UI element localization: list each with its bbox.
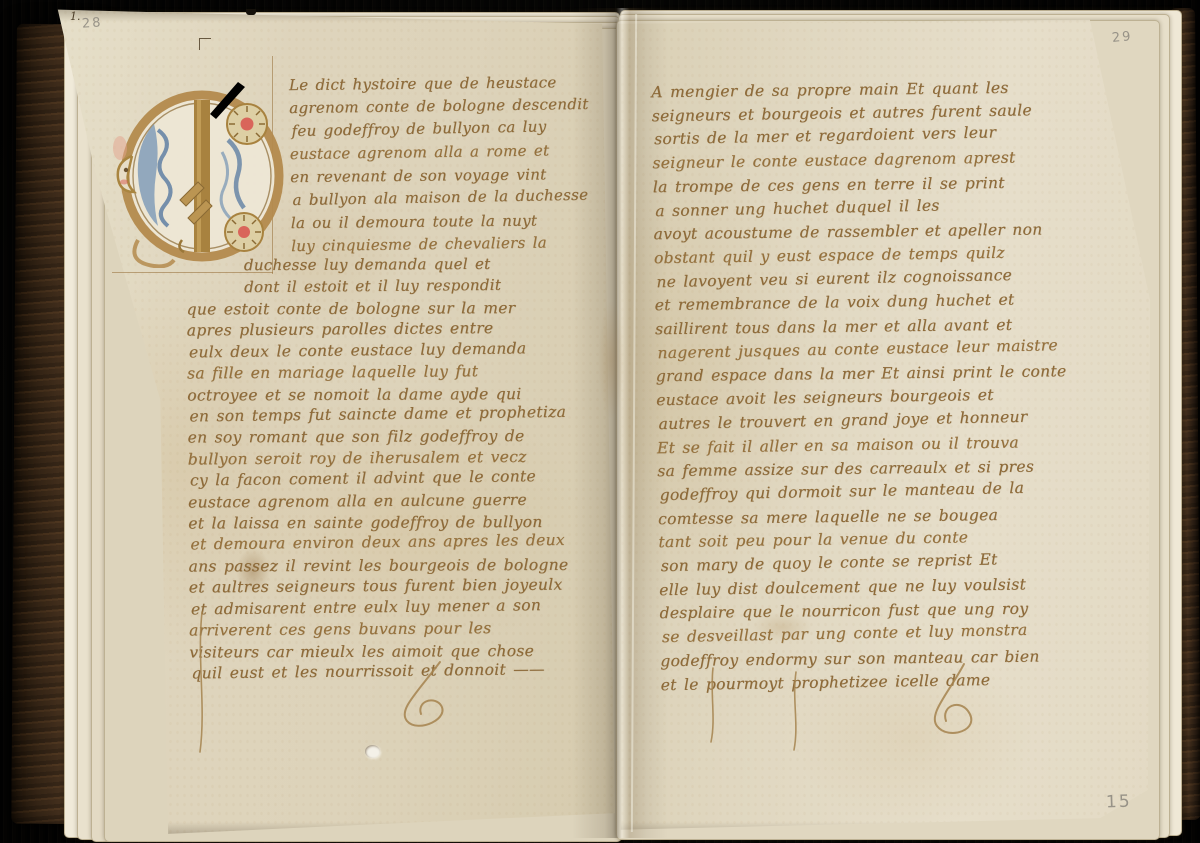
manuscript-text-line: sa fille en mariage laquelle luy fut	[187, 361, 567, 385]
folio-number-right: 29	[1111, 29, 1133, 46]
page-edge-notch	[246, 9, 256, 15]
manuscript-text-line: et admisarent entre eulx luy mener a son	[191, 595, 571, 621]
illuminated-initial-drawing	[110, 82, 285, 268]
folio-number-left: 28	[82, 15, 104, 31]
manuscript-text-line: Le dict hystoire que de heustace	[289, 71, 589, 97]
manuscript-text-line: et demoura environ deux ans apres les de…	[190, 530, 570, 556]
manuscript-text-line: en soy romant que son filz godeffroy de	[188, 426, 568, 449]
manuscript-text-line: duchesse luy demanda quel et	[244, 254, 501, 277]
left-page-text-indented: Le dict hystoire que de heustaceagrenom …	[289, 70, 591, 258]
manuscript-text-line: a bullyon ala maison de la duchesse	[292, 184, 592, 212]
manuscript-photo: 1. 28 29 15	[0, 0, 1200, 843]
manuscript-text-line: que estoit conte de bologne sur la mer	[187, 298, 567, 321]
manuscript-text-line: eustace agrenom alla a rome et	[290, 139, 590, 166]
illuminated-initial	[110, 82, 285, 268]
manuscript-text-line: cy la facon coment il advint que le cont…	[190, 466, 570, 492]
manuscript-text-line: eulx deux le conte eustace luy demanda	[189, 338, 569, 364]
manuscript-text-line: la ou il demoura toute la nuyt	[291, 209, 591, 235]
folio-number-bottom-right: 15	[1106, 792, 1132, 813]
right-page-text: A mengier de sa propre main Et quant les…	[651, 75, 1071, 698]
corner-ink-mark: 1.	[70, 10, 81, 23]
manuscript-text-line: comtesse sa mere laquelle ne se bougea	[658, 503, 1069, 532]
fold-stain	[598, 300, 624, 420]
manuscript-text-line: A mengier de sa propre main Et quant les	[651, 76, 1062, 105]
manuscript-text-line: eustace agrenom alla en aulcune guerre	[188, 489, 568, 513]
manuscript-text-line: dont il estoit et il luy respondit	[244, 275, 501, 299]
manuscript-text-line: ans passez il revint les bourgeois de bo…	[189, 555, 569, 578]
ruling-corner-mark	[199, 38, 211, 50]
parchment-hole	[365, 745, 380, 758]
manuscript-text-line: en son temps fut saincte dame et prophet…	[189, 402, 569, 428]
manuscript-text-line: arriverent ces gens buvans pour les	[189, 618, 569, 642]
manuscript-text-line: quil eust et les nourrissoit et donnoit …	[191, 659, 571, 685]
left-page-text-mid: duchesse luy demanda quel etdont il esto…	[244, 253, 501, 299]
left-page-text-body: que estoit conte de bologne sur la merap…	[186, 297, 569, 685]
manuscript-text-line: godeffroy endormy sur son manteau car bi…	[660, 645, 1071, 674]
